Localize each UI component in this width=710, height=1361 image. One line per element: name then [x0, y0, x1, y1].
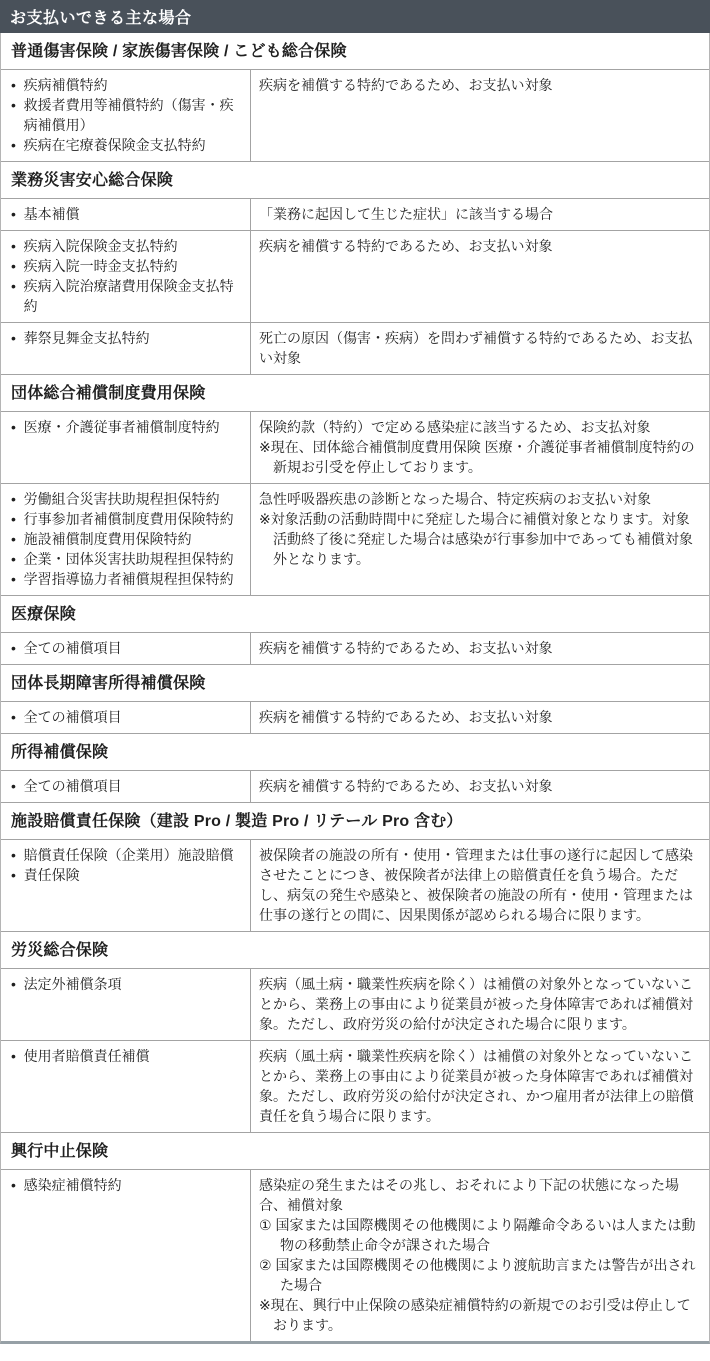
description-cell: 疾病（風土病・職業性疾病を除く）は補償の対象外となっていないことから、業務上の事…	[251, 969, 709, 1040]
coverage-item: •使用者賠償責任補償	[11, 1046, 239, 1066]
bullet-icon: •	[11, 417, 24, 437]
bullet-icon: •	[11, 95, 24, 115]
coverage-item: •感染症補償特約	[11, 1175, 239, 1195]
coverage-item: •全ての補償項目	[11, 638, 239, 658]
coverage-item: •企業・団体災害扶助規程担保特約	[11, 549, 239, 569]
coverage-item: •全ての補償項目	[11, 776, 239, 796]
description-paragraph: ※対象活動の活動時間中に発症した場合に補償対象となります。対象活動終了後に発症し…	[259, 509, 699, 569]
coverage-items-cell: •疾病入院保険金支払特約•疾病入院一時金支払特約•疾病入院治療諸費用保険金支払特…	[1, 231, 251, 322]
description-paragraph: 感染症の発生またはその兆し、おそれにより下記の状態になった場合、補償対象	[259, 1175, 699, 1215]
bullet-icon: •	[11, 204, 24, 224]
description-cell: 疾病を補償する特約であるため、お支払い対象	[251, 702, 709, 733]
coverage-items-cell: •法定外補償条項	[1, 969, 251, 1040]
coverage-items-cell: •使用者賠償責任補償	[1, 1041, 251, 1132]
coverage-row: •使用者賠償責任補償疾病（風土病・職業性疾病を除く）は補償の対象外となっていない…	[1, 1041, 709, 1133]
section-title: 業務災害安心総合保険	[1, 162, 709, 199]
coverage-row: •医療・介護従事者補償制度特約保険約款（特約）で定める感染症に該当するため、お支…	[1, 412, 709, 484]
insurance-section: 労災総合保険•法定外補償条項疾病（風土病・職業性疾病を除く）は補償の対象外となっ…	[1, 932, 709, 1133]
description-cell: 疾病（風土病・職業性疾病を除く）は補償の対象外となっていないことから、業務上の事…	[251, 1041, 709, 1132]
coverage-row: •労働組合災害扶助規程担保特約•行事参加者補償制度費用保険特約•施設補償制度費用…	[1, 484, 709, 596]
coverage-row: •全ての補償項目疾病を補償する特約であるため、お支払い対象	[1, 702, 709, 734]
section-title: 興行中止保険	[1, 1133, 709, 1170]
bullet-icon: •	[11, 865, 24, 885]
description-cell: 死亡の原因（傷害・疾病）を問わず補償する特約であるため、お支払い対象	[251, 323, 709, 374]
bullet-icon: •	[11, 75, 24, 95]
coverage-row: •疾病入院保険金支払特約•疾病入院一時金支払特約•疾病入院治療諸費用保険金支払特…	[1, 231, 709, 323]
coverage-item: •葬祭見舞金支払特約	[11, 328, 239, 348]
coverage-items-cell: •基本補償	[1, 199, 251, 230]
insurance-table: 普通傷害保険 / 家族傷害保険 / こども総合保険•疾病補償特約•救援者費用等補…	[0, 33, 710, 1344]
description-cell: 保険約款（特約）で定める感染症に該当するため、お支払対象※現在、団体総合補償制度…	[251, 412, 709, 483]
bullet-icon: •	[11, 845, 24, 865]
coverage-items-cell: •医療・介護従事者補償制度特約	[1, 412, 251, 483]
description-paragraph: ※現在、興行中止保険の感染症補償特約の新規でのお引受は停止しております。	[259, 1295, 699, 1335]
section-title: 労災総合保険	[1, 932, 709, 969]
coverage-row: •賠償責任保険（企業用）施設賠償•責任保険被保険者の施設の所有・使用・管理または…	[1, 840, 709, 932]
coverage-item: •労働組合災害扶助規程担保特約	[11, 489, 239, 509]
description-paragraph: 保険約款（特約）で定める感染症に該当するため、お支払対象	[259, 417, 699, 437]
coverage-row: •葬祭見舞金支払特約死亡の原因（傷害・疾病）を問わず補償する特約であるため、お支…	[1, 323, 709, 375]
coverage-item: •責任保険	[11, 865, 239, 885]
section-title: 普通傷害保険 / 家族傷害保険 / こども総合保険	[1, 33, 709, 70]
section-title: 医療保険	[1, 596, 709, 633]
description-paragraph: 疾病を補償する特約であるため、お支払い対象	[259, 75, 699, 95]
table-header-bar: お支払いできる主な場合	[0, 0, 710, 33]
coverage-item: •学習指導協力者補償規程担保特約	[11, 569, 239, 589]
bullet-icon: •	[11, 776, 24, 796]
page-root: お支払いできる主な場合 普通傷害保険 / 家族傷害保険 / こども総合保険•疾病…	[0, 0, 710, 1344]
description-paragraph: 疾病を補償する特約であるため、お支払い対象	[259, 236, 699, 256]
coverage-row: •全ての補償項目疾病を補償する特約であるため、お支払い対象	[1, 633, 709, 665]
coverage-row: •感染症補償特約感染症の発生またはその兆し、おそれにより下記の状態になった場合、…	[1, 1170, 709, 1341]
description-cell: 疾病を補償する特約であるため、お支払い対象	[251, 771, 709, 802]
section-title: 団体総合補償制度費用保険	[1, 375, 709, 412]
coverage-item: •施設補償制度費用保険特約	[11, 529, 239, 549]
bullet-icon: •	[11, 529, 24, 549]
insurance-section: 団体長期障害所得補償保険•全ての補償項目疾病を補償する特約であるため、お支払い対…	[1, 665, 709, 734]
insurance-section: 業務災害安心総合保険•基本補償「業務に起因して生じた症状」に該当する場合•疾病入…	[1, 162, 709, 375]
bullet-icon: •	[11, 489, 24, 509]
bullet-icon: •	[11, 1175, 24, 1195]
description-paragraph: ① 国家または国際機関その他機関により隔離命令あるいは人または動物の移動禁止命令…	[259, 1215, 699, 1255]
coverage-items-cell: •全ての補償項目	[1, 702, 251, 733]
description-paragraph: 被保険者の施設の所有・使用・管理または仕事の遂行に起因して感染させたことにつき、…	[259, 845, 699, 925]
coverage-items-cell: •感染症補償特約	[1, 1170, 251, 1341]
coverage-item: •医療・介護従事者補償制度特約	[11, 417, 239, 437]
bullet-icon: •	[11, 707, 24, 727]
description-paragraph: 疾病（風土病・職業性疾病を除く）は補償の対象外となっていないことから、業務上の事…	[259, 974, 699, 1034]
insurance-section: 医療保険•全ての補償項目疾病を補償する特約であるため、お支払い対象	[1, 596, 709, 665]
bullet-icon: •	[11, 638, 24, 658]
insurance-section: 施設賠償責任保険（建設 Pro / 製造 Pro / リテール Pro 含む）•…	[1, 803, 709, 932]
bullet-icon: •	[11, 328, 24, 348]
description-paragraph: ② 国家または国際機関その他機関により渡航助言または警告が出された場合	[259, 1255, 699, 1295]
description-cell: 疾病を補償する特約であるため、お支払い対象	[251, 231, 709, 322]
coverage-item: •疾病補償特約	[11, 75, 239, 95]
insurance-section: 興行中止保険•感染症補償特約感染症の発生またはその兆し、おそれにより下記の状態に…	[1, 1133, 709, 1341]
description-paragraph: 死亡の原因（傷害・疾病）を問わず補償する特約であるため、お支払い対象	[259, 328, 699, 368]
bullet-icon: •	[11, 974, 24, 994]
coverage-items-cell: •疾病補償特約•救援者費用等補償特約（傷害・疾病補償用）•疾病在宅療養保険金支払…	[1, 70, 251, 161]
section-title: 施設賠償責任保険（建設 Pro / 製造 Pro / リテール Pro 含む）	[1, 803, 709, 840]
description-paragraph: 「業務に起因して生じた症状」に該当する場合	[259, 204, 699, 224]
coverage-row: •基本補償「業務に起因して生じた症状」に該当する場合	[1, 199, 709, 231]
description-paragraph: 急性呼吸器疾患の診断となった場合、特定疾病のお支払い対象	[259, 489, 699, 509]
table-title: お支払いできる主な場合	[10, 5, 192, 28]
description-paragraph: 疾病を補償する特約であるため、お支払い対象	[259, 776, 699, 796]
coverage-item: •法定外補償条項	[11, 974, 239, 994]
bullet-icon: •	[11, 135, 24, 155]
coverage-item: •疾病入院保険金支払特約	[11, 236, 239, 256]
coverage-items-cell: •全ての補償項目	[1, 633, 251, 664]
coverage-item: •疾病入院治療諸費用保険金支払特約	[11, 276, 239, 316]
description-paragraph: 疾病（風土病・職業性疾病を除く）は補償の対象外となっていないことから、業務上の事…	[259, 1046, 699, 1126]
description-cell: 「業務に起因して生じた症状」に該当する場合	[251, 199, 709, 230]
coverage-item: •救援者費用等補償特約（傷害・疾病補償用）	[11, 95, 239, 135]
coverage-items-cell: •全ての補償項目	[1, 771, 251, 802]
coverage-item: •基本補償	[11, 204, 239, 224]
coverage-item: •賠償責任保険（企業用）施設賠償	[11, 845, 239, 865]
coverage-item: •疾病入院一時金支払特約	[11, 256, 239, 276]
bullet-icon: •	[11, 569, 24, 589]
description-cell: 感染症の発生またはその兆し、おそれにより下記の状態になった場合、補償対象① 国家…	[251, 1170, 709, 1341]
insurance-section: 所得補償保険•全ての補償項目疾病を補償する特約であるため、お支払い対象	[1, 734, 709, 803]
description-paragraph: 疾病を補償する特約であるため、お支払い対象	[259, 707, 699, 727]
coverage-item: •全ての補償項目	[11, 707, 239, 727]
bullet-icon: •	[11, 256, 24, 276]
description-cell: 急性呼吸器疾患の診断となった場合、特定疾病のお支払い対象※対象活動の活動時間中に…	[251, 484, 709, 595]
insurance-section: 普通傷害保険 / 家族傷害保険 / こども総合保険•疾病補償特約•救援者費用等補…	[1, 33, 709, 162]
coverage-items-cell: •労働組合災害扶助規程担保特約•行事参加者補償制度費用保険特約•施設補償制度費用…	[1, 484, 251, 595]
description-cell: 被保険者の施設の所有・使用・管理または仕事の遂行に起因して感染させたことにつき、…	[251, 840, 709, 931]
description-cell: 疾病を補償する特約であるため、お支払い対象	[251, 70, 709, 161]
coverage-row: •法定外補償条項疾病（風土病・職業性疾病を除く）は補償の対象外となっていないこと…	[1, 969, 709, 1041]
coverage-item: •疾病在宅療養保険金支払特約	[11, 135, 239, 155]
description-paragraph: 疾病を補償する特約であるため、お支払い対象	[259, 638, 699, 658]
coverage-items-cell: •葬祭見舞金支払特約	[1, 323, 251, 374]
bullet-icon: •	[11, 1046, 24, 1066]
coverage-items-cell: •賠償責任保険（企業用）施設賠償•責任保険	[1, 840, 251, 931]
bullet-icon: •	[11, 276, 24, 296]
bullet-icon: •	[11, 509, 24, 529]
description-cell: 疾病を補償する特約であるため、お支払い対象	[251, 633, 709, 664]
coverage-item: •行事参加者補償制度費用保険特約	[11, 509, 239, 529]
section-title: 所得補償保険	[1, 734, 709, 771]
coverage-row: •疾病補償特約•救援者費用等補償特約（傷害・疾病補償用）•疾病在宅療養保険金支払…	[1, 70, 709, 162]
bullet-icon: •	[11, 549, 24, 569]
bullet-icon: •	[11, 236, 24, 256]
description-paragraph: ※現在、団体総合補償制度費用保険 医療・介護従事者補償制度特約の新規お引受を停止…	[259, 437, 699, 477]
section-title: 団体長期障害所得補償保険	[1, 665, 709, 702]
coverage-row: •全ての補償項目疾病を補償する特約であるため、お支払い対象	[1, 771, 709, 803]
insurance-section: 団体総合補償制度費用保険•医療・介護従事者補償制度特約保険約款（特約）で定める感…	[1, 375, 709, 596]
